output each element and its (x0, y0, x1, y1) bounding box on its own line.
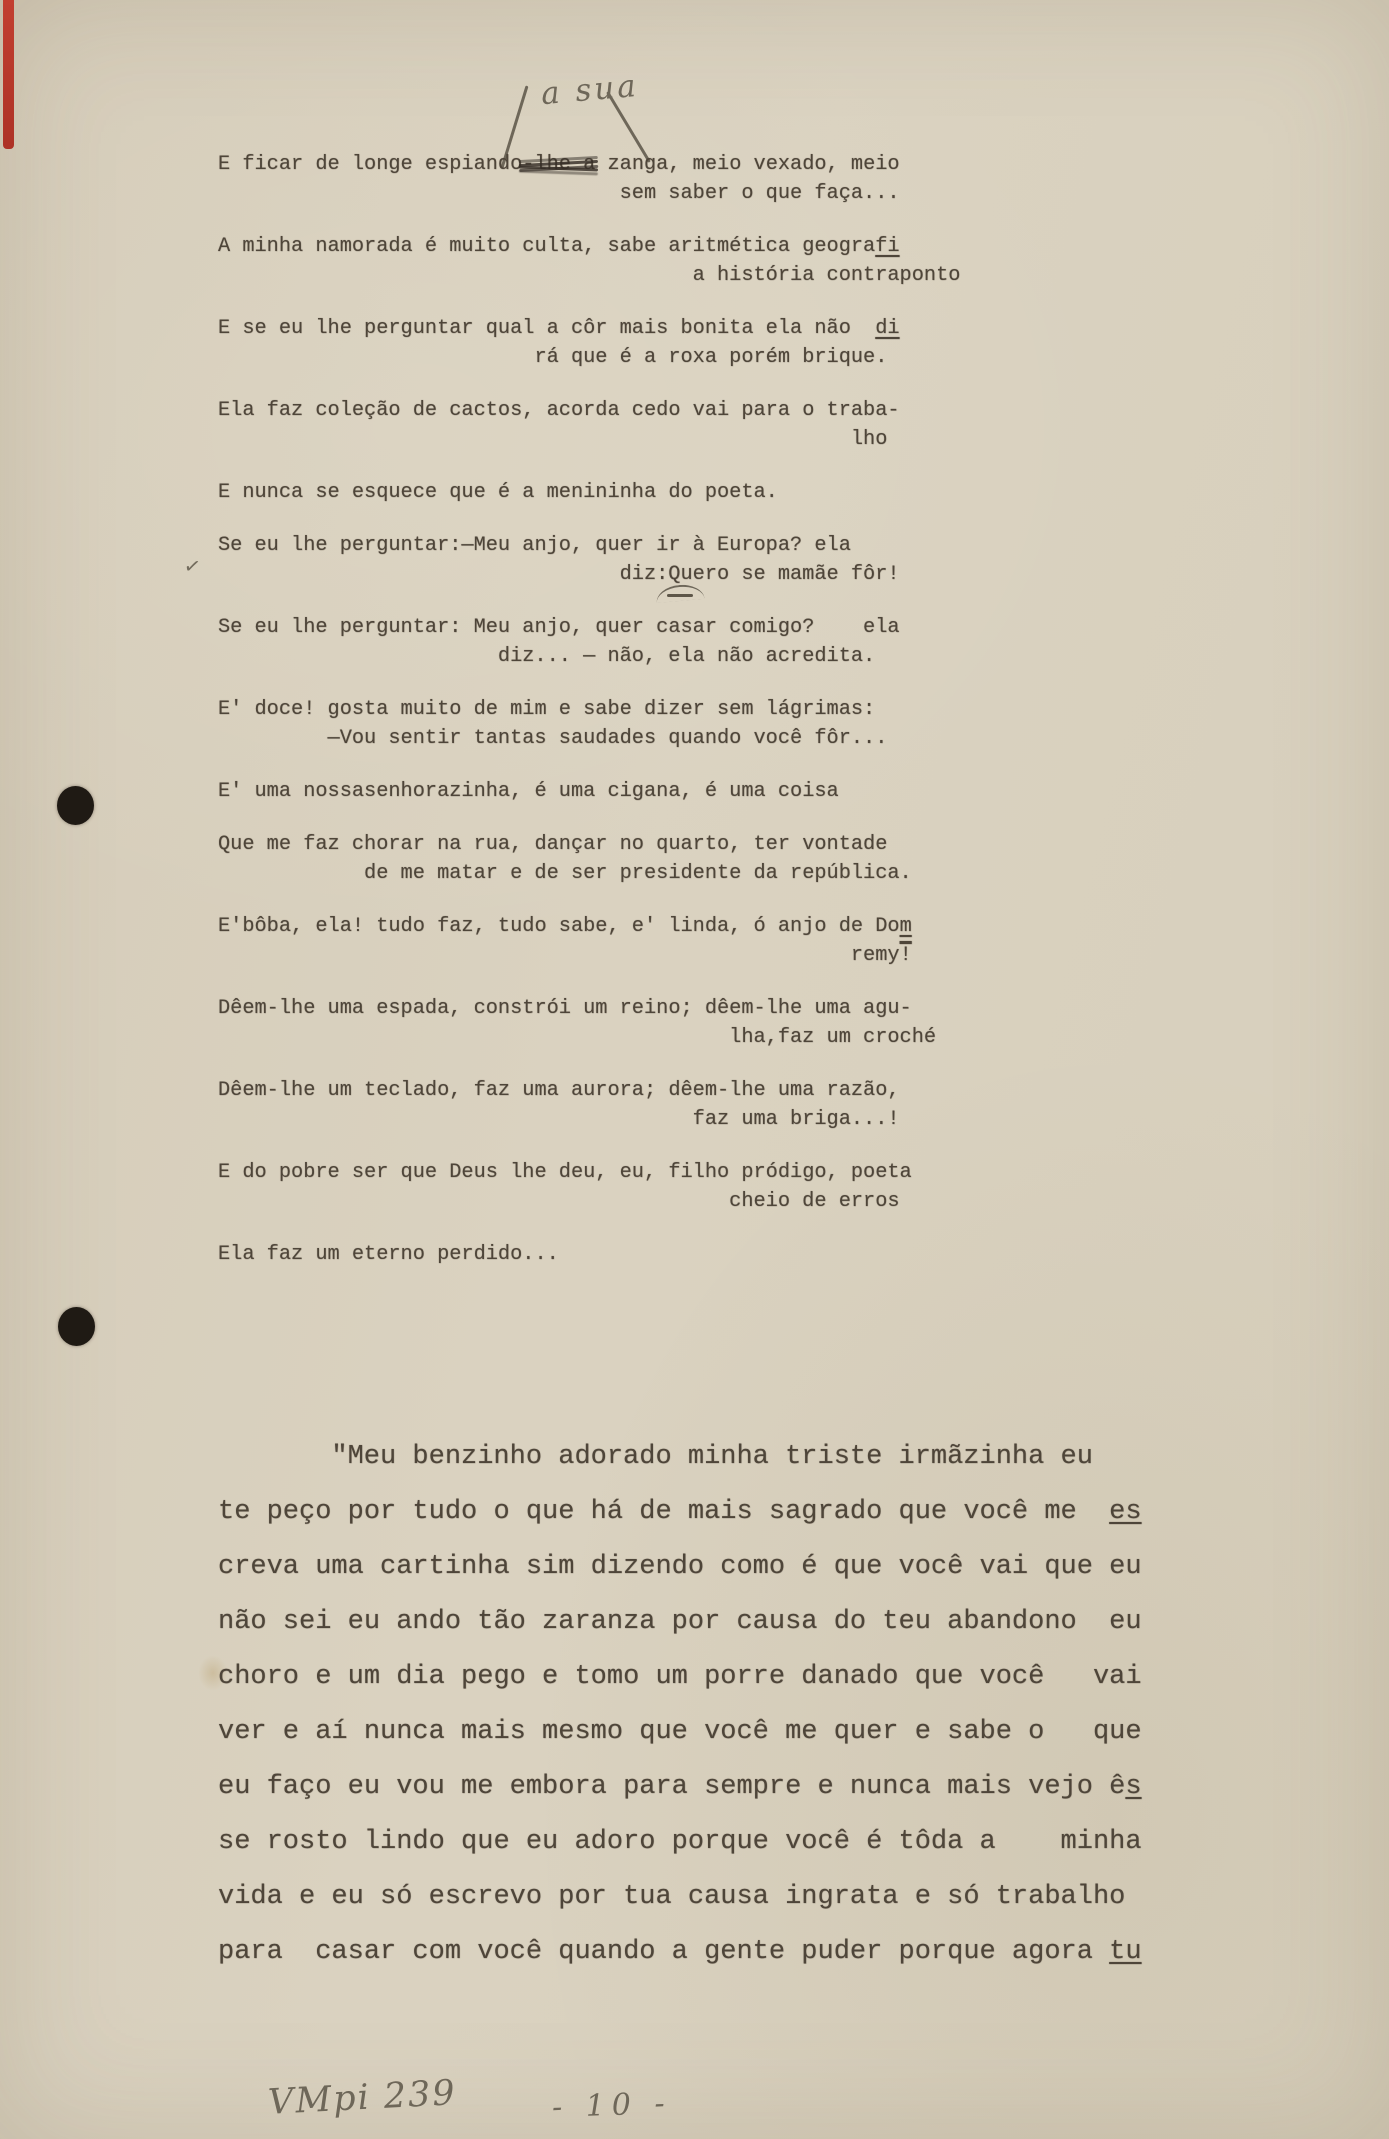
typed-text: "Meu benzinho adorado minha triste irmãz… (331, 1442, 1093, 1472)
typed-line: a história contraponto (218, 261, 960, 290)
poem-stanza: E nunca se esquece que é a menininha do … (218, 478, 960, 507)
typed-line: creva uma cartinha sim dizendo como é qu… (218, 1540, 1142, 1595)
typed-text: es (1109, 1497, 1141, 1527)
typed-text: zanga, meio vexado, meio (595, 153, 899, 176)
typed-text: diz... — não, ela não acredita. (498, 645, 875, 668)
typed-text: Ela faz coleção de cactos, acorda cedo v… (218, 399, 900, 422)
typed-line: Ela faz coleção de cactos, acorda cedo v… (218, 396, 960, 425)
typed-line: para casar com você quando a gente puder… (218, 1925, 1142, 1980)
typed-text: para casar com você quando a gente puder… (218, 1937, 1109, 1967)
typed-text: faz uma briga...! (693, 1108, 900, 1131)
typed-line: Se eu lhe perguntar: Meu anjo, quer casa… (218, 613, 960, 642)
typed-line: Dêem-lhe um teclado, faz uma aurora; dêe… (218, 1076, 960, 1105)
typed-line: cheio de erros (218, 1187, 960, 1216)
typed-line: E ficar de longe espiando-lhe a zanga, m… (218, 150, 960, 179)
poem-stanza: E do pobre ser que Deus lhe deu, eu, fil… (218, 1158, 960, 1216)
pencil-checkmark-icon: ✓ (182, 553, 202, 579)
typed-text: rá que é a roxa porém brique. (534, 346, 887, 369)
typed-line: E'bôba, ela! tudo faz, tudo sabe, e' lin… (218, 912, 960, 941)
typed-text: E' doce! gosta muito de mim e sabe dizer… (218, 698, 875, 721)
typed-text: te peço por tudo o que há de mais sagrad… (218, 1497, 1109, 1527)
typed-text: di (875, 317, 899, 340)
typed-text: diz:Quero se mamãe fôr! (620, 563, 900, 586)
typewritten-page: a sua ✓ E ficar de longe espiando-lhe a … (0, 0, 1389, 2139)
typed-text: lho (851, 428, 888, 451)
typed-text: remy (851, 944, 900, 967)
typed-text: s (1125, 1772, 1141, 1802)
poem-stanza: Ela faz um eterno perdido... (218, 1240, 960, 1269)
page-number-handwriting: - 10 - (551, 2086, 672, 2125)
typed-line: vida e eu só escrevo por tua causa ingra… (218, 1870, 1142, 1925)
poem-section: E ficar de longe espiando-lhe a zanga, m… (218, 150, 960, 1293)
typed-line: E' doce! gosta muito de mim e sabe dizer… (218, 695, 960, 724)
typed-line: se rosto lindo que eu adoro porque você … (218, 1815, 1142, 1870)
typed-text: a história contraponto (693, 264, 961, 287)
typed-text: cheio de erros (729, 1190, 899, 1213)
typed-text: —Vou sentir tantas saudades quando você … (328, 727, 888, 750)
typed-text: sem saber o que faça... (620, 182, 900, 205)
typed-text: E' uma nossasenhorazinha, é uma cigana, … (218, 780, 839, 803)
typed-line: ver e aí nunca mais mesmo que você me qu… (218, 1705, 1142, 1760)
typed-line: de me matar e de ser presidente da repúb… (218, 859, 960, 888)
typed-line: Ela faz um eterno perdido... (218, 1240, 960, 1269)
typed-line: sem saber o que faça... (218, 179, 960, 208)
typed-line: E' uma nossasenhorazinha, é uma cigana, … (218, 777, 960, 806)
poem-stanza: Se eu lhe perguntar:—Meu anjo, quer ir à… (218, 531, 960, 589)
typed-text: lha,faz um croché (729, 1026, 936, 1049)
typed-line: lha,faz um croché (218, 1023, 960, 1052)
typed-line: diz... — não, ela não acredita. (218, 642, 960, 671)
typed-text: eu faço eu vou me embora para sempre e n… (218, 1772, 1125, 1802)
typed-text: Dêem-lhe um teclado, faz uma aurora; dêe… (218, 1079, 900, 1102)
typed-text: E do pobre ser que Deus lhe deu, eu, fil… (218, 1161, 912, 1184)
poem-stanza: E' uma nossasenhorazinha, é uma cigana, … (218, 777, 960, 806)
letter-paragraph: "Meu benzinho adorado minha triste irmãz… (218, 1430, 1142, 1980)
typed-line: não sei eu ando tão zaranza por causa do… (218, 1595, 1142, 1650)
typed-text: se rosto lindo que eu adoro porque você … (218, 1827, 1142, 1857)
typed-text: de me matar e de ser presidente da repúb… (364, 862, 912, 885)
typed-text: fi (875, 235, 899, 258)
typed-text: choro e um dia pego e tomo um porre dana… (218, 1662, 1142, 1692)
poem-stanza: Dêem-lhe um teclado, faz uma aurora; dêe… (218, 1076, 960, 1134)
hole-punch (57, 786, 94, 825)
typed-line: E do pobre ser que Deus lhe deu, eu, fil… (218, 1158, 960, 1187)
red-binding-edge (3, 0, 14, 149)
typed-line: remy! (218, 941, 960, 970)
typed-text: creva uma cartinha sim dizendo como é qu… (218, 1552, 1142, 1582)
typed-text: Ela faz um eterno perdido... (218, 1243, 559, 1266)
poem-stanza: Ela faz coleção de cactos, acorda cedo v… (218, 396, 960, 454)
poem-stanza: Se eu lhe perguntar: Meu anjo, quer casa… (218, 613, 960, 671)
poem-stanza: Que me faz chorar na rua, dançar no quar… (218, 830, 960, 888)
typed-line: diz:Quero se mamãe fôr! (218, 560, 960, 589)
typed-text: m (900, 915, 912, 938)
typed-text: não sei eu ando tão zaranza por causa do… (218, 1607, 1142, 1637)
typed-line: faz uma briga...! (218, 1105, 960, 1134)
typed-text: E'bôba, ela! tudo faz, tudo sabe, e' lin… (218, 915, 900, 938)
typed-text: ! (900, 944, 912, 967)
handwritten-insertion-text: a sua (540, 68, 640, 112)
poem-stanza: E se eu lhe perguntar qual a côr mais bo… (218, 314, 960, 372)
typed-line: A minha namorada é muito culta, sabe ari… (218, 232, 960, 261)
typed-line: Dêem-lhe uma espada, constrói um reino; … (218, 994, 960, 1023)
typed-line: "Meu benzinho adorado minha triste irmãz… (218, 1430, 1142, 1485)
poem-stanza: A minha namorada é muito culta, sabe ari… (218, 232, 960, 290)
typed-line: te peço por tudo o que há de mais sagrad… (218, 1485, 1142, 1540)
pencil-insertion-mark-icon (656, 585, 704, 603)
typed-text: E se eu lhe perguntar qual a côr mais bo… (218, 317, 875, 340)
typed-line: eu faço eu vou me embora para sempre e n… (218, 1760, 1142, 1815)
typed-text: ver e aí nunca mais mesmo que você me qu… (218, 1717, 1142, 1747)
poem-stanza: E ficar de longe espiando-lhe a zanga, m… (218, 150, 960, 208)
typed-text: Se eu lhe perguntar: Meu anjo, quer casa… (218, 616, 900, 639)
poem-stanza: E'bôba, ela! tudo faz, tudo sabe, e' lin… (218, 912, 960, 970)
archive-reference-handwriting: VMpi 239 (267, 2073, 457, 2123)
typed-line: E nunca se esquece que é a menininha do … (218, 478, 960, 507)
typed-text: vida e eu só escrevo por tua causa ingra… (218, 1882, 1125, 1912)
typed-text: tu (1109, 1937, 1141, 1967)
struck-text: -lhe a (522, 153, 595, 176)
typed-text: Que me faz chorar na rua, dançar no quar… (218, 833, 887, 856)
typed-text: E nunca se esquece que é a menininha do … (218, 481, 778, 504)
poem-stanza: Dêem-lhe uma espada, constrói um reino; … (218, 994, 960, 1052)
typed-line: choro e um dia pego e tomo um porre dana… (218, 1650, 1142, 1705)
hole-punch (58, 1307, 95, 1346)
poem-stanza: E' doce! gosta muito de mim e sabe dizer… (218, 695, 960, 753)
typed-line: rá que é a roxa porém brique. (218, 343, 960, 372)
typed-line: lho (218, 425, 960, 454)
typed-text: Dêem-lhe uma espada, constrói um reino; … (218, 997, 912, 1020)
typed-line: E se eu lhe perguntar qual a côr mais bo… (218, 314, 960, 343)
typed-text: E ficar de longe espiando (218, 153, 522, 176)
typed-text: A minha namorada é muito culta, sabe ari… (218, 235, 875, 258)
typed-line: Se eu lhe perguntar:—Meu anjo, quer ir à… (218, 531, 960, 560)
typed-line: —Vou sentir tantas saudades quando você … (218, 724, 960, 753)
typed-text: Se eu lhe perguntar:—Meu anjo, quer ir à… (218, 534, 851, 557)
typed-line: Que me faz chorar na rua, dançar no quar… (218, 830, 960, 859)
